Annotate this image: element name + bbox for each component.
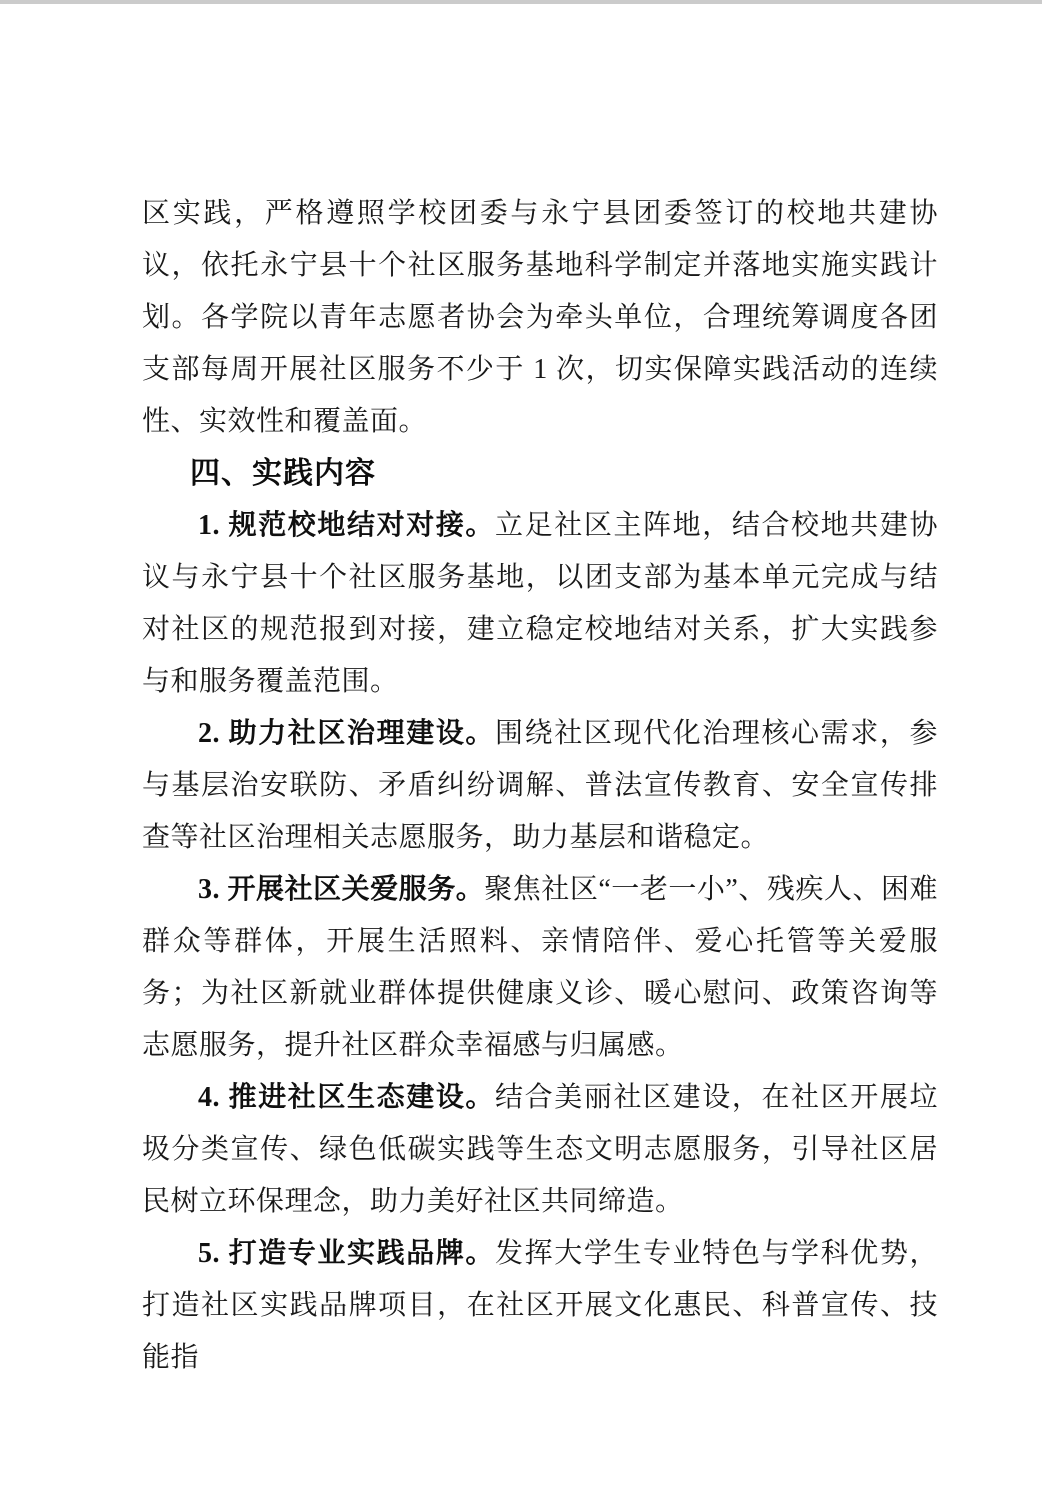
document-page: 区实践，严格遵照学校团委与永宁县团委签订的校地共建协议，依托永宁县十个社区服务基… (0, 0, 1042, 1504)
page-top-edge (0, 0, 1042, 4)
paragraph-item-2: 2. 助力社区治理建设。围绕社区现代化治理核心需求，参与基层治安联防、矛盾纠纷调… (142, 708, 938, 864)
section-heading-practice-content: 四、实践内容 (142, 448, 938, 500)
paragraph-item-3: 3. 开展社区关爱服务。聚焦社区“一老一小”、残疾人、困难群众等群体，开展生活照… (142, 864, 938, 1072)
item-4-lead: 4. 推进社区生态建设。 (198, 1082, 495, 1113)
paragraph-continuation-practice-plan: 区实践，严格遵照学校团委与永宁县团委签订的校地共建协议，依托永宁县十个社区服务基… (142, 188, 938, 448)
item-2-lead: 2. 助力社区治理建设。 (198, 718, 495, 749)
item-1-lead: 1. 规范校地结对对接。 (198, 510, 495, 541)
paragraph-item-5: 5. 打造专业实践品牌。发挥大学生专业特色与学科优势，打造社区实践品牌项目，在社… (142, 1228, 938, 1384)
paragraph-item-1: 1. 规范校地结对对接。立足社区主阵地，结合校地共建协议与永宁县十个社区服务基地… (142, 500, 938, 708)
item-5-lead: 5. 打造专业实践品牌。 (198, 1238, 495, 1269)
item-3-lead: 3. 开展社区关爱服务。 (198, 874, 484, 905)
document-content: 区实践，严格遵照学校团委与永宁县团委签订的校地共建协议，依托永宁县十个社区服务基… (142, 188, 938, 1384)
paragraph-item-4: 4. 推进社区生态建设。结合美丽社区建设，在社区开展垃圾分类宣传、绿色低碳实践等… (142, 1072, 938, 1228)
